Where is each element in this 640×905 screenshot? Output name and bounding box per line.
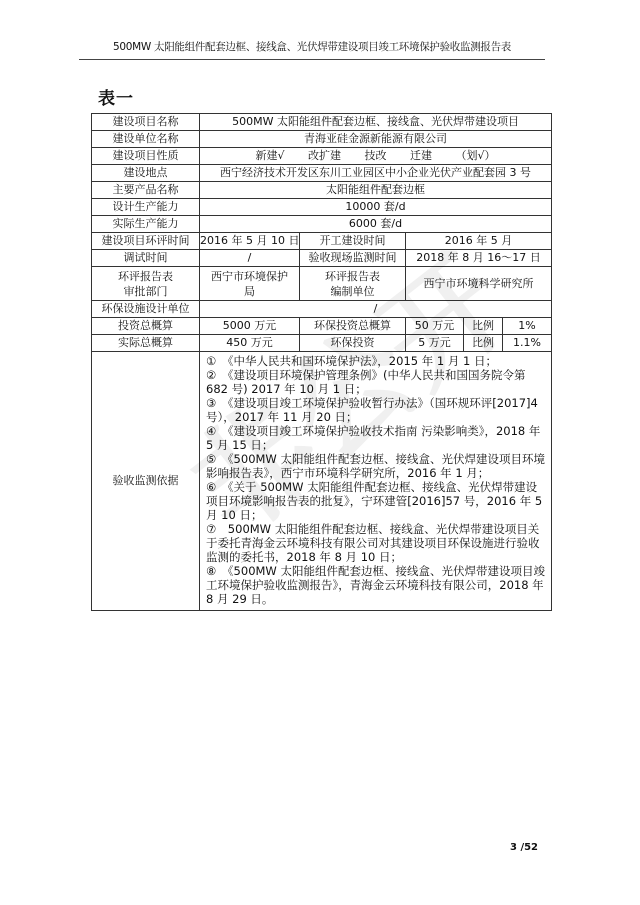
approval-dept-value-line2: 局	[200, 284, 299, 299]
nature-option-relocate: 迁建	[410, 149, 432, 163]
compile-unit-label-line2: 编制单位	[300, 284, 405, 299]
compile-unit-label-line1: 环评报告表	[300, 269, 405, 284]
actual-capacity-label: 实际生产能力	[92, 216, 200, 233]
env-investment-value: 5 万元	[406, 335, 464, 352]
project-info-table: 建设项目名称 500MW 太阳能组件配套边框、接线盒、光伏焊带建设项目 建设单位…	[91, 113, 552, 611]
basis-list: ① 《中华人民共和国环境保护法》，2015 年 1 月 1 日； ② 《建设项目…	[200, 352, 552, 611]
basis-item: ② 《建设项目环境保护管理条例》(中华人民共和国国务院令第 682 号) 201…	[206, 368, 548, 396]
debug-time-value: /	[200, 250, 300, 267]
approval-dept-label-line1: 环评报告表	[92, 269, 199, 284]
basis-item: ④ 《建设项目竣工环境保护验收技术指南 污染影响类》，2018 年 5 月 15…	[206, 424, 548, 452]
table-row: 环评报告表 审批部门 西宁市环境保护 局 环评报告表 编制单位 西宁市环境科学研…	[92, 267, 552, 301]
table-row: 建设项目环评时间 2016 年 5 月 10 日 开工建设时间 2016 年 5…	[92, 233, 552, 250]
basis-item: ⑦ 500MW 太阳能组件配套边框、接线盒、光伏焊带建设项目关于委托青海金云环境…	[206, 522, 548, 564]
product-label: 主要产品名称	[92, 182, 200, 199]
table-row: 设计生产能力 10000 套/d	[92, 199, 552, 216]
approval-dept-label: 环评报告表 审批部门	[92, 267, 200, 301]
env-budget-label: 环保投资总概算	[300, 318, 406, 335]
eia-time-value: 2016 年 5 月 10 日	[200, 233, 300, 250]
project-name-label: 建设项目名称	[92, 114, 200, 131]
facility-design-label: 环保设施设计单位	[92, 301, 200, 318]
header-rule	[79, 59, 545, 60]
eia-time-label: 建设项目环评时间	[92, 233, 200, 250]
page-number: 3 /52	[510, 842, 538, 853]
table-row: 建设地点 西宁经济技术开发区东川工业园区中小企业光伏产业配套园 3 号	[92, 165, 552, 182]
facility-design-value: /	[200, 301, 552, 318]
nature-option-tech: 技改	[365, 149, 387, 163]
nature-options: 新建√ 改扩建 技改 迁建 （划√）	[200, 148, 552, 165]
compile-unit-value: 西宁市环境科学研究所	[406, 267, 552, 301]
basis-item: ⑤ 《500MW 太阳能组件配套边框、接线盒、光伏焊建设项目环境影响报告表》，西…	[206, 452, 548, 480]
env-investment-label: 环保投资	[300, 335, 406, 352]
ratio-label: 比例	[464, 335, 503, 352]
actual-capacity-value: 6000 套/d	[200, 216, 552, 233]
basis-item: ⑥ 《关于 500MW 太阳能组件配套边框、接线盒、光伏焊带建设项目环境影响报告…	[206, 480, 548, 522]
ratio-value: 1.1%	[503, 335, 552, 352]
approval-dept-label-line2: 审批部门	[92, 284, 199, 299]
table-row: 实际生产能力 6000 套/d	[92, 216, 552, 233]
design-capacity-value: 10000 套/d	[200, 199, 552, 216]
table-row: 建设项目性质 新建√ 改扩建 技改 迁建 （划√）	[92, 148, 552, 165]
basis-item: ③ 《建设项目竣工环境保护验收暂行办法》（国环规环评[2017]4 号），201…	[206, 396, 548, 424]
total-budget-value: 5000 万元	[200, 318, 300, 335]
nature-label: 建设项目性质	[92, 148, 200, 165]
unit-name-value: 青海亚硅金源新能源有限公司	[200, 131, 552, 148]
design-capacity-label: 设计生产能力	[92, 199, 200, 216]
table-row: 环保设施设计单位 /	[92, 301, 552, 318]
nature-option-expand: 改扩建	[308, 149, 341, 163]
ratio-value: 1%	[503, 318, 552, 335]
table-row: 建设单位名称 青海亚硅金源新能源有限公司	[92, 131, 552, 148]
start-time-value: 2016 年 5 月	[406, 233, 552, 250]
start-time-label: 开工建设时间	[300, 233, 406, 250]
table-row: 建设项目名称 500MW 太阳能组件配套边框、接线盒、光伏焊带建设项目	[92, 114, 552, 131]
basis-item: ⑧ 《500MW 太阳能组件配套边框、接线盒、光伏焊带建设项目竣工环境保护验收监…	[206, 564, 548, 606]
actual-budget-value: 450 万元	[200, 335, 300, 352]
section-title: 表一	[98, 84, 134, 109]
ratio-label: 比例	[464, 318, 503, 335]
unit-name-label: 建设单位名称	[92, 131, 200, 148]
approval-dept-value: 西宁市环境保护 局	[200, 267, 300, 301]
location-label: 建设地点	[92, 165, 200, 182]
env-budget-value: 50 万元	[406, 318, 464, 335]
nature-option-mark: （划√）	[456, 149, 496, 163]
running-header: 500MW 太阳能组件配套边框、接线盒、光伏焊带建设项目竣工环境保护验收监测报告…	[80, 40, 544, 54]
table-row: 主要产品名称 太阳能组件配套边框	[92, 182, 552, 199]
table-row: 调试时间 / 验收现场监测时间 2018 年 8 月 16～17 日	[92, 250, 552, 267]
table-row: 验收监测依据 ① 《中华人民共和国环境保护法》，2015 年 1 月 1 日； …	[92, 352, 552, 611]
debug-time-label: 调试时间	[92, 250, 200, 267]
monitor-time-label: 验收现场监测时间	[300, 250, 406, 267]
monitor-time-value: 2018 年 8 月 16～17 日	[406, 250, 552, 267]
product-value: 太阳能组件配套边框	[200, 182, 552, 199]
table-row: 投资总概算 5000 万元 环保投资总概算 50 万元 比例 1%	[92, 318, 552, 335]
basis-item: ① 《中华人民共和国环境保护法》，2015 年 1 月 1 日；	[206, 354, 548, 368]
actual-budget-label: 实际总概算	[92, 335, 200, 352]
approval-dept-value-line1: 西宁市环境保护	[200, 269, 299, 284]
nature-option-new: 新建√	[256, 149, 285, 163]
compile-unit-label: 环评报告表 编制单位	[300, 267, 406, 301]
location-value: 西宁经济技术开发区东川工业园区中小企业光伏产业配套园 3 号	[200, 165, 552, 182]
table-row: 实际总概算 450 万元 环保投资 5 万元 比例 1.1%	[92, 335, 552, 352]
project-name-value: 500MW 太阳能组件配套边框、接线盒、光伏焊带建设项目	[200, 114, 552, 131]
total-budget-label: 投资总概算	[92, 318, 200, 335]
basis-label: 验收监测依据	[92, 352, 200, 611]
